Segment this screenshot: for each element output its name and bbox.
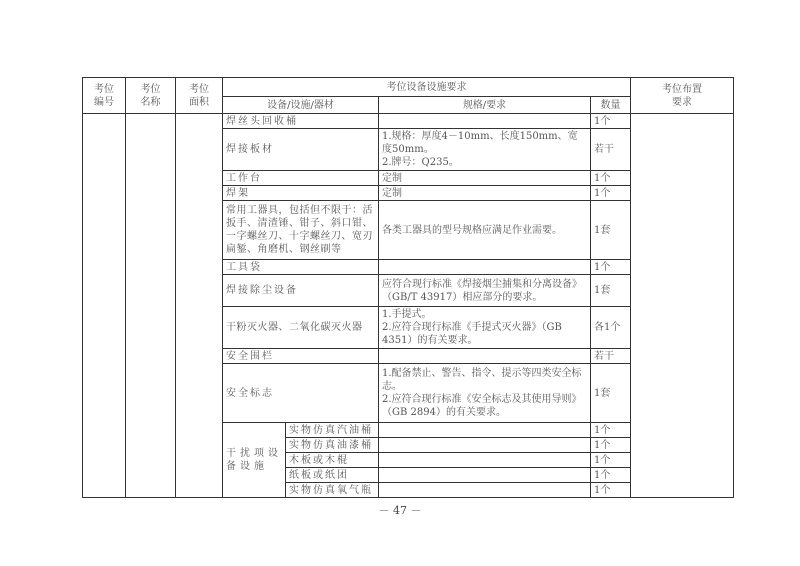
header-layout: 考位布置 要求 — [631, 78, 734, 114]
cell-quantity: 若干 — [591, 349, 631, 364]
cell-quantity: 1套 — [591, 275, 631, 307]
cell-quantity: 1个 — [591, 453, 631, 468]
header-requirements-group: 考位设备设施要求 — [223, 78, 631, 97]
header-exam-name: 考位 名称 — [126, 78, 176, 114]
header-exam-id: 考位 编号 — [83, 78, 126, 114]
cell-equipment: 纸板或纸团 — [286, 468, 379, 483]
cell-spec: 1.配备禁止、警告、指令、提示等四类安全标志。 2.应符合现行标准《安全标志及其… — [379, 364, 591, 423]
cell-equipment: 焊架 — [223, 186, 379, 201]
cell-equipment: 常用工器具，包括但不限于：活扳手、清渣锤、钳子、斜口钳、一字螺丝刀、十字螺丝刀、… — [223, 201, 379, 260]
cell-spec — [379, 483, 591, 498]
cell-quantity: 1个 — [591, 260, 631, 275]
cell-equipment: 安全标志 — [223, 364, 379, 423]
cell-quantity: 1个 — [591, 483, 631, 498]
cell-equipment: 实物仿真汽油桶 — [286, 423, 379, 438]
cell-spec — [379, 453, 591, 468]
cell-quantity: 1套 — [591, 201, 631, 260]
cell-quantity: 各1个 — [591, 307, 631, 349]
header-spec: 规格/要求 — [379, 97, 591, 114]
cell-equipment: 工作台 — [223, 171, 379, 186]
cell-equipment: 工具袋 — [223, 260, 379, 275]
cell-layout — [631, 114, 734, 498]
cell-quantity: 1个 — [591, 468, 631, 483]
cell-exam-area — [176, 114, 223, 498]
cell-quantity: 1套 — [591, 364, 631, 423]
cell-spec: 定制 — [379, 186, 591, 201]
cell-quantity: 1个 — [591, 186, 631, 201]
cell-spec: 应符合现行标准《焊接烟尘捕集和分离设备》（GB/T 43917）相应部分的要求。 — [379, 275, 591, 307]
cell-equipment: 焊接板材 — [223, 129, 379, 171]
cell-spec — [379, 114, 591, 129]
cell-equipment: 焊丝头回收桶 — [223, 114, 379, 129]
cell-spec: 各类工器具的型号规格应满足作业需要。 — [379, 201, 591, 260]
cell-quantity: 1个 — [591, 171, 631, 186]
cell-spec: 定制 — [379, 171, 591, 186]
cell-equipment: 木板或木棍 — [286, 453, 379, 468]
equipment-requirements-table: 考位 编号 考位 名称 考位 面积 考位设备设施要求 考位布置 要求 设备/设施… — [82, 77, 734, 498]
cell-spec: 1.规格：厚度4－10mm、长度150mm、宽度50mm。 2.牌号：Q235。 — [379, 129, 591, 171]
cell-spec — [379, 423, 591, 438]
header-exam-area: 考位 面积 — [176, 78, 223, 114]
cell-equipment: 实物仿真氧气瓶 — [286, 483, 379, 498]
cell-quantity: 1个 — [591, 423, 631, 438]
table-row: 焊丝头回收桶 1个 — [83, 114, 734, 129]
cell-equipment: 安全围栏 — [223, 349, 379, 364]
cell-spec — [379, 438, 591, 453]
cell-quantity: 1个 — [591, 114, 631, 129]
page-number: － 47 － — [0, 502, 800, 518]
cell-equipment: 焊接除尘设备 — [223, 275, 379, 307]
cell-exam-id — [83, 114, 126, 498]
header-quantity: 数量 — [591, 97, 631, 114]
cell-quantity: 1个 — [591, 438, 631, 453]
cell-quantity: 若干 — [591, 129, 631, 171]
header-equipment: 设备/设施/器材 — [223, 97, 379, 114]
cell-spec — [379, 260, 591, 275]
cell-equipment: 干粉灭火器、二氧化碳灭火器 — [223, 307, 379, 349]
cell-spec: 1.手提式。 2.应符合现行标准《手提式灭火器》（GB 4351）的有关要求。 — [379, 307, 591, 349]
cell-equipment: 实物仿真油漆桶 — [286, 438, 379, 453]
cell-exam-name — [126, 114, 176, 498]
cell-spec — [379, 349, 591, 364]
cell-spec — [379, 468, 591, 483]
interference-group-label: 干扰项设备设施 — [223, 423, 286, 498]
